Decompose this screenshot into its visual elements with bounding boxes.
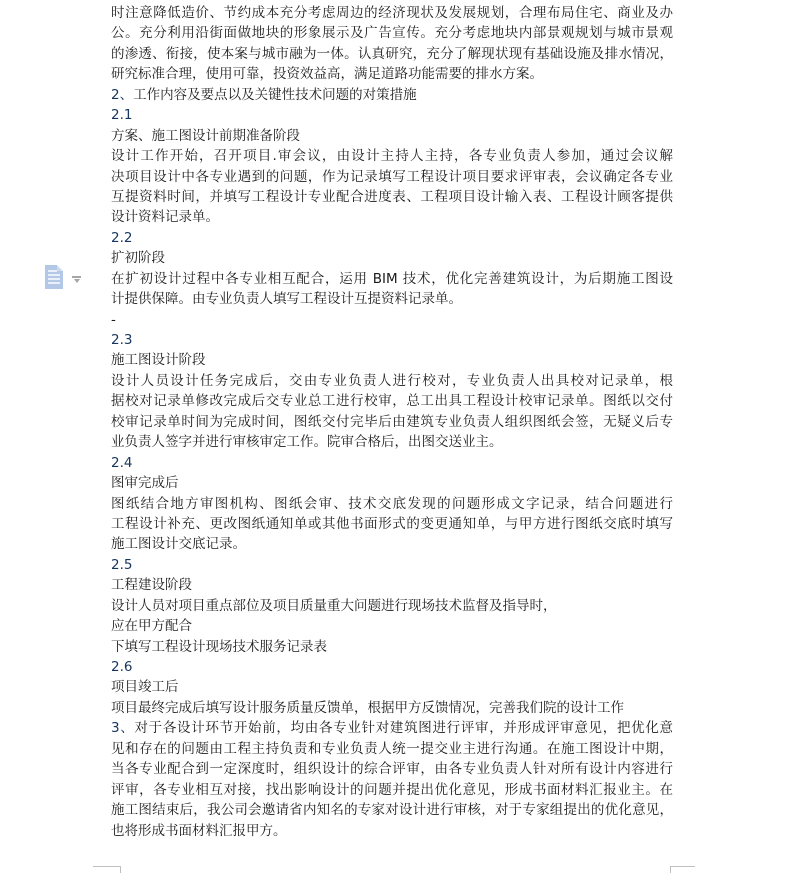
crop-mark-right (670, 866, 695, 873)
text-line: 施工图设计阶段 (111, 350, 673, 370)
text-line: 2.4 (111, 453, 673, 473)
crop-mark-left (93, 866, 121, 873)
text-line: 扩初阶段 (111, 248, 673, 268)
text-line: 2.2 (111, 228, 673, 248)
text-line: 2.1 (111, 105, 673, 125)
text-line: 互提资料时间，并填写工程设计专业配合进度表、工程项目设计输入表、工程设计顾客提供 (111, 187, 673, 207)
chevron-down-icon[interactable] (72, 276, 81, 283)
text-line: 见和存在的问题由工程主持负责和专业负责人统一提交业主进行沟通。在施工图设计中期， (111, 739, 673, 759)
text-line: 研究标准合理，使用可靠，投资效益高，满足道路功能需要的排水方案。 (111, 64, 673, 84)
text-line: 施工图结束后，我公司会邀请省内知名的专家对设计进行审核，对于专家组提出的优化意见… (111, 800, 673, 820)
text-line: 的渗透、衔接，使本案与城市融为一体。认真研究，充分了解现状现有基础设施及排水情况… (111, 44, 673, 64)
page-fold-corner (57, 265, 63, 271)
text-line: 图纸结合地方审图机构、图纸会审、技术交底发现的问题形成文字记录，结合问题进行 (111, 494, 673, 514)
text-line: 应在甲方配合 (111, 616, 673, 636)
text-line: 项目竣工后 (111, 677, 673, 697)
text-line: 当各专业配合到一定深度时，组织设计的综合评审，由各专业负责人针对所有设计内容进行 (111, 759, 673, 779)
text-line: 3、对于各设计环节开始前，均由各专业针对建筑图进行评审，并形成评审意见，把优化意 (111, 718, 673, 738)
text-line: 也将形成书面材料汇报甲方。 (111, 821, 673, 841)
text-line: 2、工作内容及要点以及关键性技术问题的对策措施 (111, 85, 673, 105)
text-line: 设计资料记录单。 (111, 207, 673, 227)
text-line: 工程设计补充、更改图纸通知单或其他书面形式的变更通知单，与甲方进行图纸交底时填写 (111, 514, 673, 534)
text-line: 方案、施工图设计前期准备阶段 (111, 126, 673, 146)
text-line: - (111, 310, 673, 330)
document-anchor-icon[interactable] (45, 265, 63, 289)
text-line: 公。充分利用沿街面做地块的形象展示及广告宣传。充分考虑地块内部景观规划与城市景观 (111, 23, 673, 43)
text-line: 计提供保障。由专业负责人填写工程设计互提资料记录单。 (111, 289, 673, 309)
list-number: 3、 (111, 720, 134, 736)
object-anchor[interactable] (45, 264, 85, 292)
text-line: 在扩初设计过程中各专业相互配合，运用 BIM 技术，优化完善建筑设计，为后期施工… (111, 269, 673, 289)
text-line: 评审，各专业相互对接，找出影响设计的问题并提出优化意见，形成书面材料汇报业主。在 (111, 780, 673, 800)
text-line: 时注意降低造价、节约成本充分考虑周边的经济现状及发展规划，合理布局住宅、商业及办 (111, 3, 673, 23)
text-line: 设计人员设计任务完成后，交由专业负责人进行校对，专业负责人出具校对记录单，根 (111, 371, 673, 391)
text-line: 施工图设计交底记录。 (111, 534, 673, 554)
text-line: 2.5 (111, 555, 673, 575)
text-line: 图审完成后 (111, 473, 673, 493)
text-line: 2.3 (111, 330, 673, 350)
text-line: 据校对记录单修改完成后交专业总工进行校审，总工出具工程设计校审记录单。图纸以交付 (111, 391, 673, 411)
list-number: 2、 (111, 87, 133, 103)
text-line: 2.6 (111, 657, 673, 677)
text-line: 设计工作开始，召开项目.审会议，由设计主持人主持，各专业负责人参加，通过会议解 (111, 146, 673, 166)
text-line: 校审记录单时间为完成时间，图纸交付完毕后由建筑专业负责人组织图纸会签，无疑义后专 (111, 412, 673, 432)
document-page: 时注意降低造价、节约成本充分考虑周边的经济现状及发展规划，合理布局住宅、商业及办… (0, 0, 790, 873)
text-line: 项目最终完成后填写设计服务质量反馈单，根据甲方反馈情况，完善我们院的设计工作 (111, 698, 673, 718)
text-line: 设计人员对项目重点部位及项目质量重大问题进行现场技术监督及指导时， (111, 596, 673, 616)
text-line: 工程建设阶段 (111, 575, 673, 595)
text-line: 下填写工程设计现场技术服务记录表 (111, 637, 673, 657)
text-line: 业负责人签字并进行审核审定工作。院审合格后，出图交送业主。 (111, 432, 673, 452)
text-line: 决项目设计中各专业遇到的问题，作为记录填写工程设计项目要求评审表，会议确定各专业 (111, 167, 673, 187)
text-column: 时注意降低造价、节约成本充分考虑周边的经济现状及发展规划，合理布局住宅、商业及办… (111, 3, 673, 841)
